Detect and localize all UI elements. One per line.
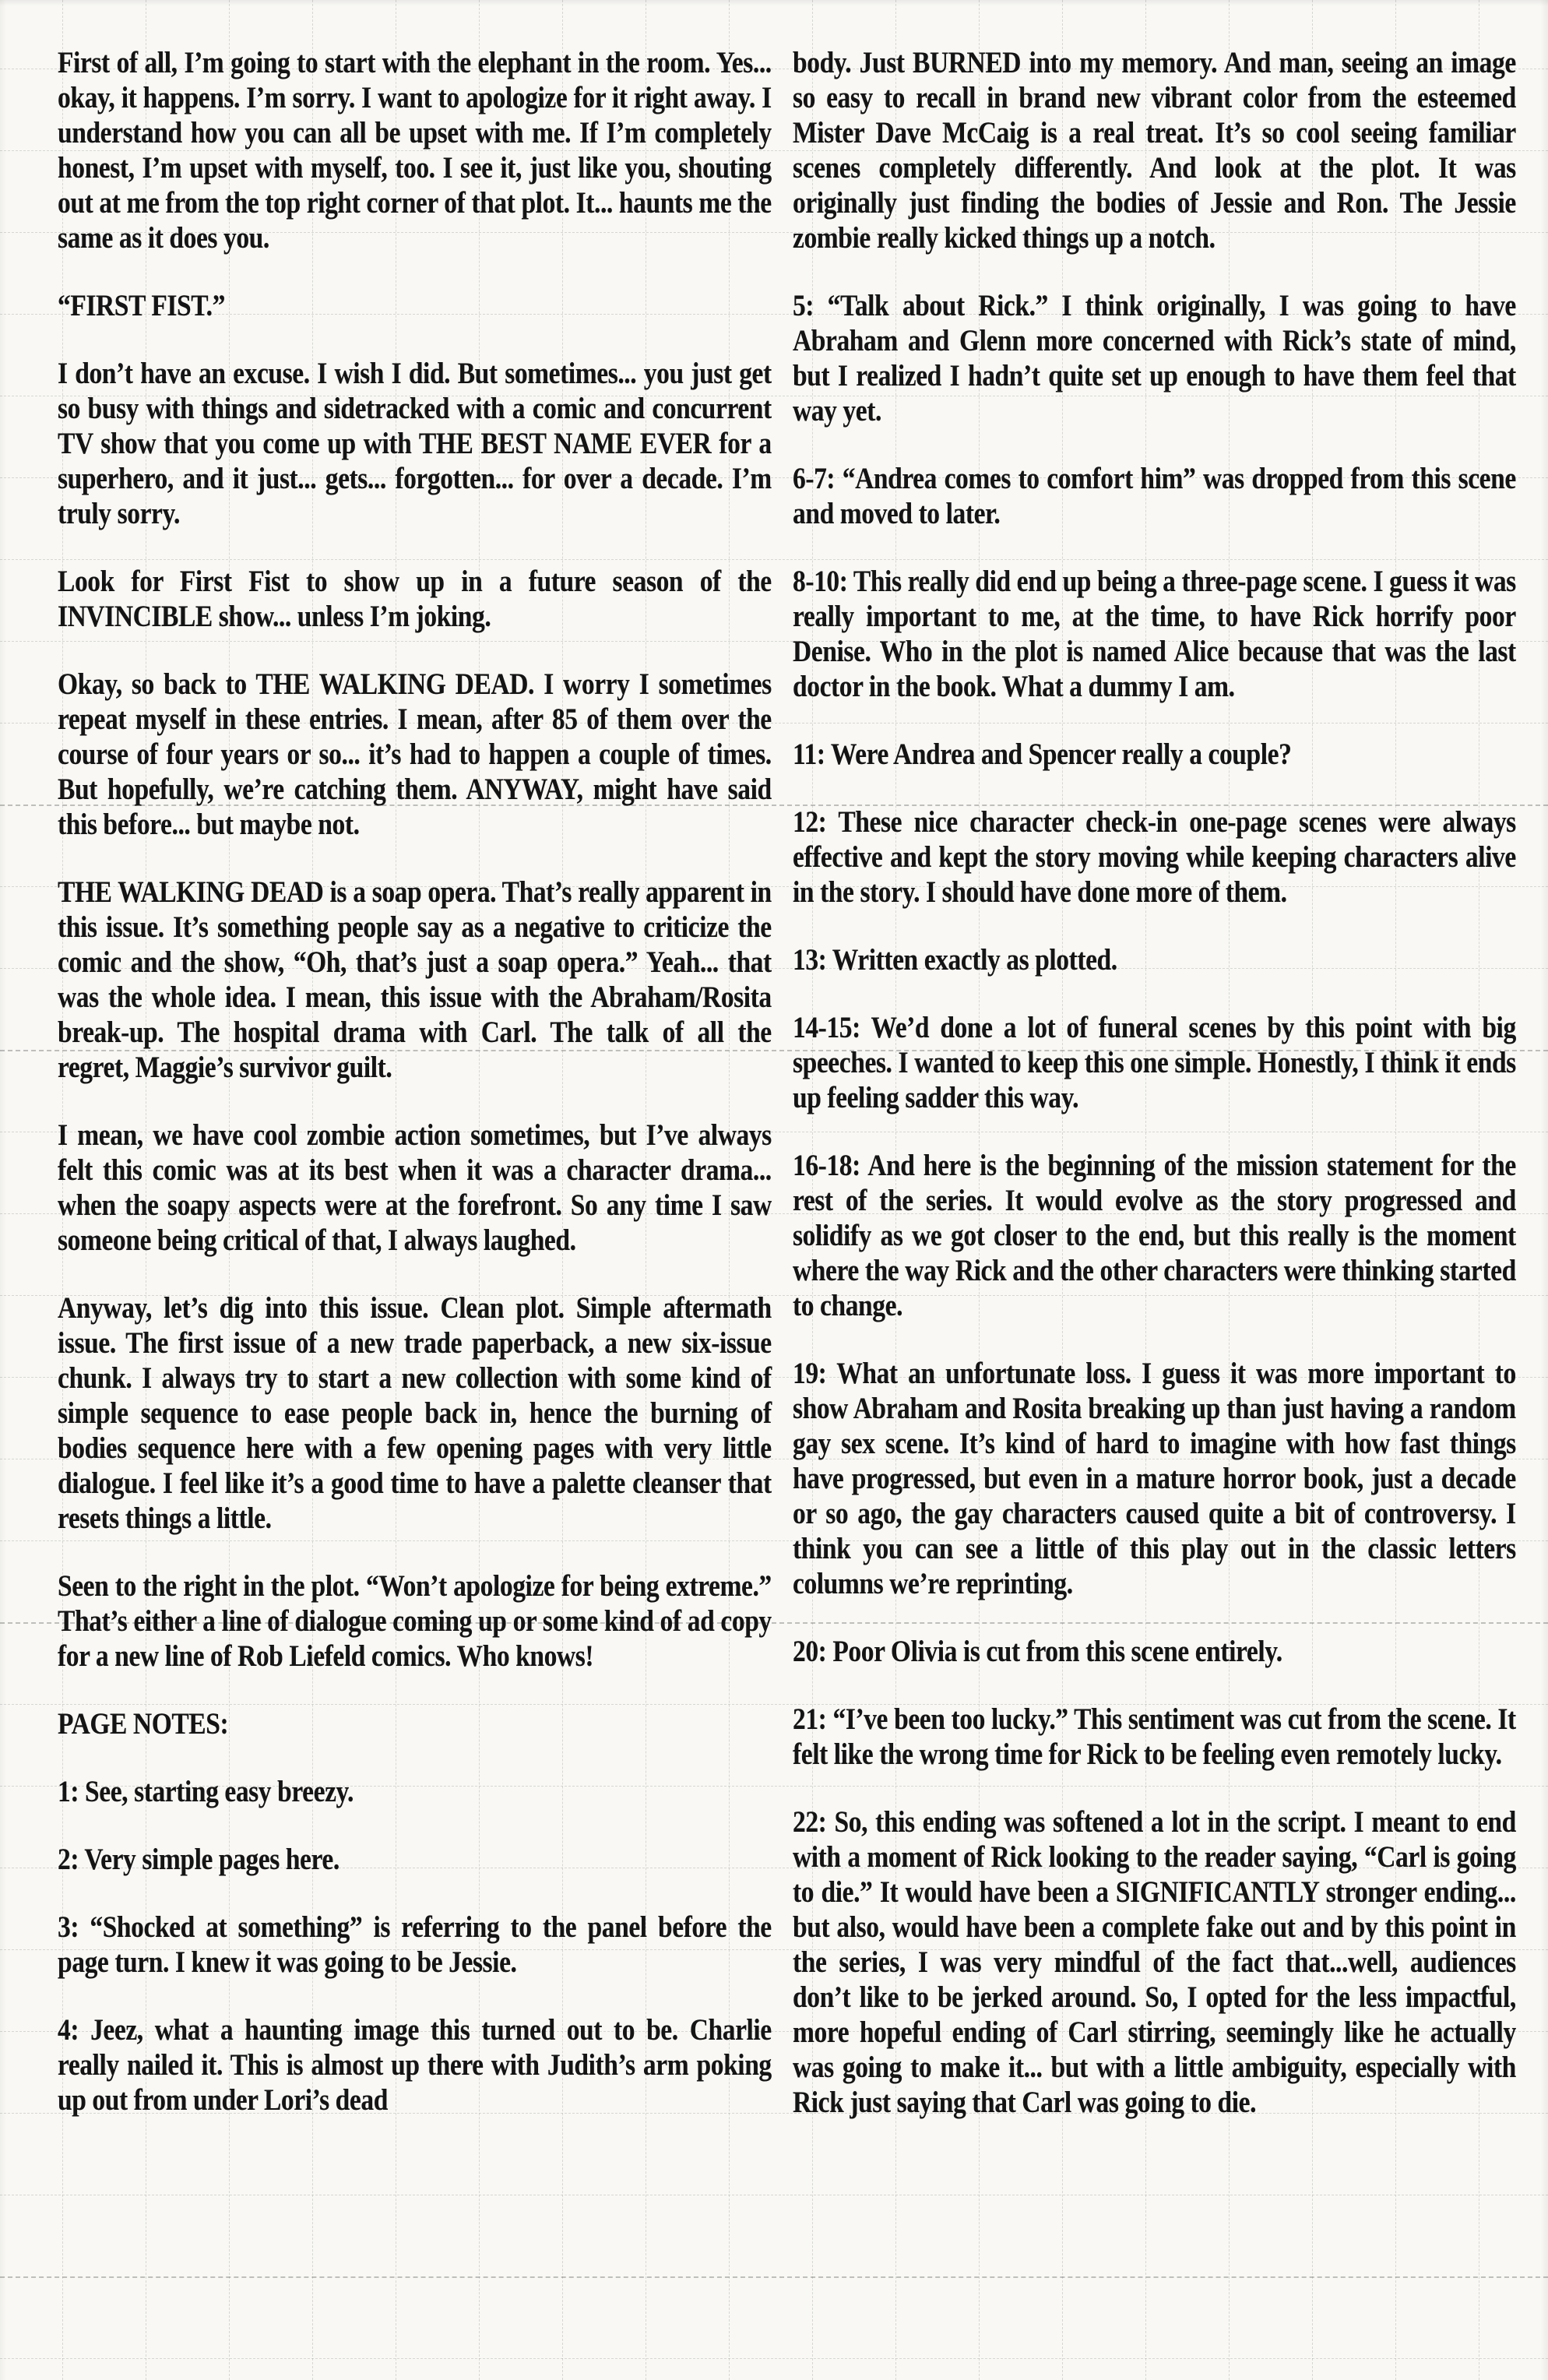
note-14-15: 14-15: We’d done a lot of funeral scenes… — [793, 1010, 1516, 1115]
paragraph-first-fist-heading: “FIRST FIST.” — [58, 288, 772, 323]
paragraph-extreme-quote: Seen to the right in the plot. “Won’t ap… — [58, 1568, 772, 1674]
left-column: First of all, I’m going to start with th… — [58, 45, 772, 2150]
note-19: 19: What an unfortunate loss. I guess it… — [793, 1356, 1516, 1601]
note-1: 1: See, starting easy breezy. — [58, 1774, 772, 1809]
note-6-7: 6-7: “Andrea comes to comfort him” was d… — [793, 461, 1516, 531]
note-3: 3: “Shocked at something” is referring t… — [58, 1910, 772, 1980]
paragraph-invincible: Look for First Fist to show up in a futu… — [58, 564, 772, 634]
scan-edge-shadow-top — [0, 0, 1548, 6]
letters-page: First of all, I’m going to start with th… — [0, 0, 1548, 2380]
note-21: 21: “I’ve been too lucky.” This sentimen… — [793, 1702, 1516, 1772]
note-8-10: 8-10: This really did end up being a thr… — [793, 564, 1516, 704]
scan-edge-shadow-left — [0, 0, 6, 2380]
note-5: 5: “Talk about Rick.” I think originally… — [793, 288, 1516, 428]
grid-line-h — [0, 2276, 1548, 2278]
note-2: 2: Very simple pages here. — [58, 1842, 772, 1877]
note-12: 12: These nice character check-in one-pa… — [793, 804, 1516, 910]
paragraph-excuse: I don’t have an excuse. I wish I did. Bu… — [58, 356, 772, 531]
paragraph-soap-opera: THE WALKING DEAD is a soap opera. That’s… — [58, 875, 772, 1085]
grid-line-h — [0, 2358, 1548, 2359]
grid-line-h — [0, 2195, 1548, 2195]
note-13: 13: Written exactly as plotted. — [793, 942, 1516, 977]
note-4: 4: Jeez, what a haunting image this turn… — [58, 2012, 772, 2118]
paragraph-clean-plot: Anyway, let’s dig into this issue. Clean… — [58, 1290, 772, 1536]
right-column: body. Just BURNED into my memory. And ma… — [793, 45, 1516, 2153]
note-11: 11: Were Andrea and Spencer really a cou… — [793, 737, 1516, 772]
note-16-18: 16-18: And here is the beginning of the … — [793, 1148, 1516, 1323]
note-22: 22: So, this ending was softened a lot i… — [793, 1804, 1516, 2120]
paragraph-character-drama: I mean, we have cool zombie action somet… — [58, 1118, 772, 1258]
note-4-continued: body. Just BURNED into my memory. And ma… — [793, 45, 1516, 255]
page-notes-heading: PAGE NOTES: — [58, 1706, 772, 1741]
scan-edge-shadow-right — [1540, 0, 1548, 2380]
paragraph-back-to-twd: Okay, so back to THE WALKING DEAD. I wor… — [58, 667, 772, 842]
note-20: 20: Poor Olivia is cut from this scene e… — [793, 1634, 1516, 1669]
paragraph-intro: First of all, I’m going to start with th… — [58, 45, 772, 255]
